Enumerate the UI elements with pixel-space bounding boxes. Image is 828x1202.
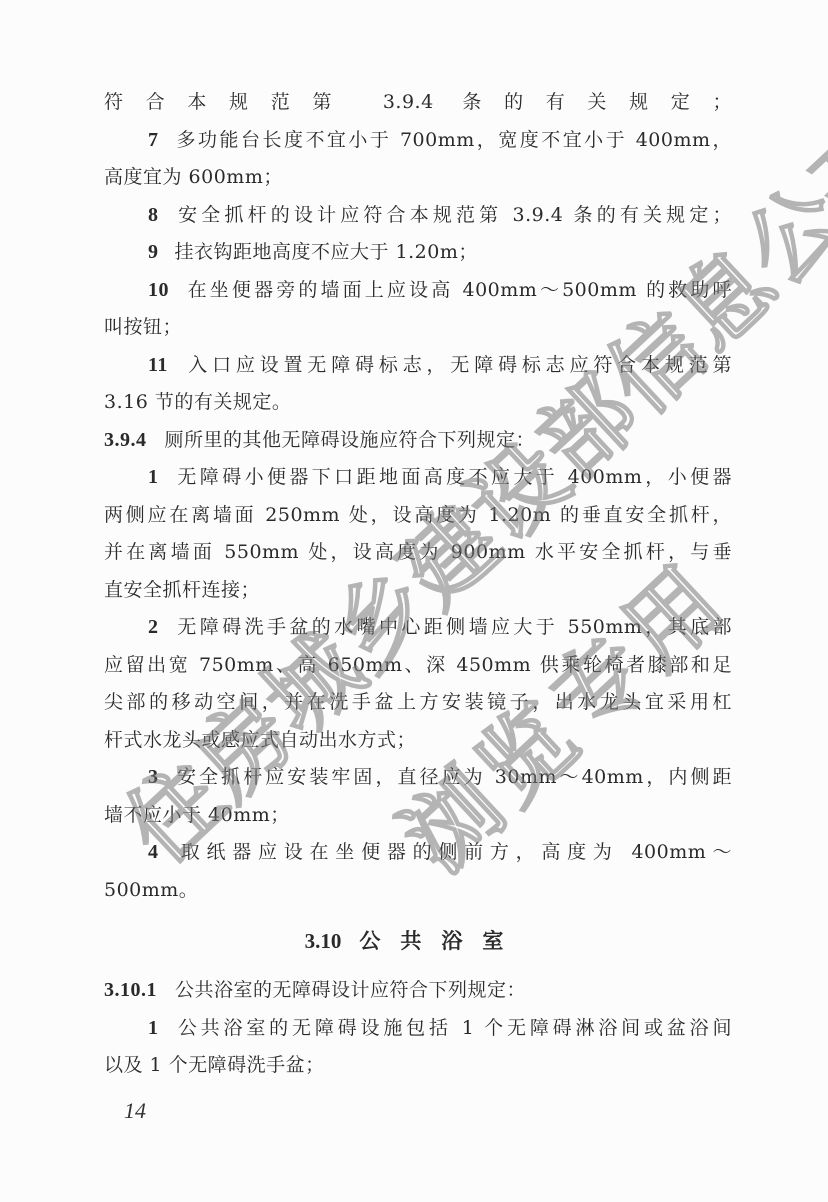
line-text: 高度宜为 600mm； [104, 166, 283, 188]
item-number: 4 [148, 841, 159, 863]
list-item: 3安全抓杆应安装牢固，直径应为 30mm～40mm，内侧距 [104, 765, 732, 789]
line-text: 墙不应小于 40mm； [104, 804, 290, 826]
line-text: 两侧应在离墙面 250mm 处，设高度为 1.20m 的垂直安全抓杆， [104, 504, 732, 526]
item-number: 11 [148, 354, 168, 376]
document-page: 符合本规范第 3.9.4 条的有关规定； 7多功能台长度不宜小于 700mm，宽… [0, 0, 828, 1202]
item-text: 公共浴室的无障碍设施包括 1 个无障碍淋浴间或盆浴间 [175, 1017, 733, 1039]
section-title: 公共浴室 [359, 929, 523, 953]
text-line: 墙不应小于 40mm； [104, 803, 732, 827]
item-text: 安全抓杆应安装牢固，直径应为 30mm～40mm，内侧距 [175, 766, 733, 788]
list-item: 2无障碍洗手盆的水嘴中心距侧墙应大于 550mm，其底部 [104, 615, 732, 639]
text-line: 应留出宽 750mm、高 650mm、深 450mm 供乘轮椅者膝部和足 [104, 653, 732, 677]
page-number: 14 [124, 1098, 146, 1124]
text-line: 尖部的移动空间，并在洗手盆上方安装镜子，出水龙头宜采用杠 [104, 690, 732, 714]
list-item: 7多功能台长度不宜小于 700mm，宽度不宜小于 400mm， [104, 128, 732, 152]
text-line: 以及 1 个无障碍洗手盆； [104, 1053, 732, 1077]
text-line: 并在离墙面 550mm 处，设高度为 900mm 水平安全抓杆，与垂 [104, 540, 732, 564]
clause-text: 厕所里的其他无障碍设施应符合下列规定： [165, 429, 536, 451]
list-item: 10在坐便器旁的墙面上应设高 400mm～500mm 的救助呼 [104, 278, 732, 302]
line-text: 以及 1 个无障碍洗手盆； [104, 1054, 325, 1076]
text-line: 直安全抓杆连接； [104, 578, 732, 602]
list-item: 1无障碍小便器下口距地面高度不应大于 400mm，小便器 [104, 465, 732, 489]
item-text: 取纸器应设在坐便器的侧前方，高度为 400mm～ [175, 841, 733, 863]
section-number: 3.10 [305, 929, 342, 953]
text-line: 叫按钮； [104, 315, 732, 339]
item-text: 入口应设置无障碍标志，无障碍标志应符合本规范第 [184, 354, 732, 376]
line-text: 3.16 节的有关规定。 [104, 391, 291, 413]
item-number: 1 [148, 1017, 159, 1039]
line-text: 直安全抓杆连接； [104, 579, 260, 601]
item-text: 挂衣钩距地高度不应大于 1.20m； [175, 241, 478, 263]
section-heading: 3.10公共浴室 [0, 928, 828, 954]
item-number: 8 [148, 204, 159, 226]
text-line: 500mm。 [104, 878, 732, 902]
clause-text: 公共浴室的无障碍设计应符合下列规定： [175, 979, 526, 1001]
text-line: 两侧应在离墙面 250mm 处，设高度为 1.20m 的垂直安全抓杆， [104, 503, 732, 527]
line-text: 叫按钮； [104, 316, 182, 338]
item-number: 9 [148, 241, 159, 263]
line-text: 符合本规范第 3.9.4 条的有关规定； [104, 91, 732, 113]
item-number: 2 [148, 616, 159, 638]
item-text: 安全抓杆的设计应符合本规范第 3.9.4 条的有关规定； [175, 204, 733, 226]
list-item: 8安全抓杆的设计应符合本规范第 3.9.4 条的有关规定； [104, 203, 732, 227]
line-text: 应留出宽 750mm、高 650mm、深 450mm 供乘轮椅者膝部和足 [104, 654, 732, 676]
item-text: 无障碍小便器下口距地面高度不应大于 400mm，小便器 [175, 466, 733, 488]
text-line: 杆式水龙头或感应式自动出水方式； [104, 728, 732, 752]
line-text: 尖部的移动空间，并在洗手盆上方安装镜子，出水龙头宜采用杠 [104, 691, 732, 713]
list-item: 1公共浴室的无障碍设施包括 1 个无障碍淋浴间或盆浴间 [104, 1016, 732, 1040]
item-number: 10 [148, 279, 169, 301]
text-line: 符合本规范第 3.9.4 条的有关规定； [104, 90, 732, 114]
item-text: 在坐便器旁的墙面上应设高 400mm～500mm 的救助呼 [185, 279, 732, 301]
list-item: 9挂衣钩距地高度不应大于 1.20m； [104, 240, 732, 264]
list-item: 11入口应设置无障碍标志，无障碍标志应符合本规范第 [104, 353, 732, 377]
line-text: 杆式水龙头或感应式自动出水方式； [104, 729, 416, 751]
clause-line: 3.9.4厕所里的其他无障碍设施应符合下列规定： [104, 428, 732, 452]
item-number: 7 [148, 129, 159, 151]
item-text: 多功能台长度不宜小于 700mm，宽度不宜小于 400mm， [175, 129, 733, 151]
text-line: 高度宜为 600mm； [104, 165, 732, 189]
clause-line: 3.10.1公共浴室的无障碍设计应符合下列规定： [104, 978, 732, 1002]
item-text: 无障碍洗手盆的水嘴中心距侧墙应大于 550mm，其底部 [175, 616, 733, 638]
item-number: 3 [148, 766, 159, 788]
line-text: 500mm。 [104, 879, 198, 901]
list-item: 4取纸器应设在坐便器的侧前方，高度为 400mm～ [104, 840, 732, 864]
line-text: 并在离墙面 550mm 处，设高度为 900mm 水平安全抓杆，与垂 [104, 541, 732, 563]
item-number: 1 [148, 466, 159, 488]
clause-number: 3.9.4 [104, 429, 147, 451]
clause-number: 3.10.1 [104, 979, 157, 1001]
text-line: 3.16 节的有关规定。 [104, 390, 732, 414]
